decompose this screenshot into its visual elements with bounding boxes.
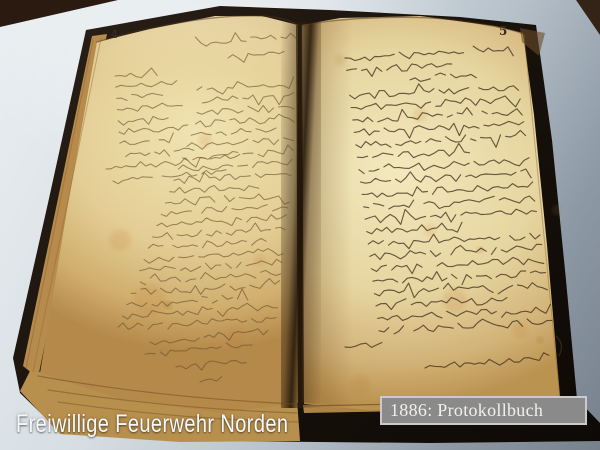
year-badge: 1886: Protokollbuch (380, 396, 587, 425)
year-badge-label: 1886: Protokollbuch (390, 400, 543, 421)
page-number-right: 5 (499, 24, 507, 38)
page-number-left: 4 (111, 28, 118, 41)
photo-of-protocol-book: 4 5 Freiwillige Feuerwehr Norden 1886: P… (0, 0, 600, 450)
caption-title: Freiwillige Feuerwehr Norden (16, 411, 288, 439)
handwriting-layer (0, 0, 600, 450)
